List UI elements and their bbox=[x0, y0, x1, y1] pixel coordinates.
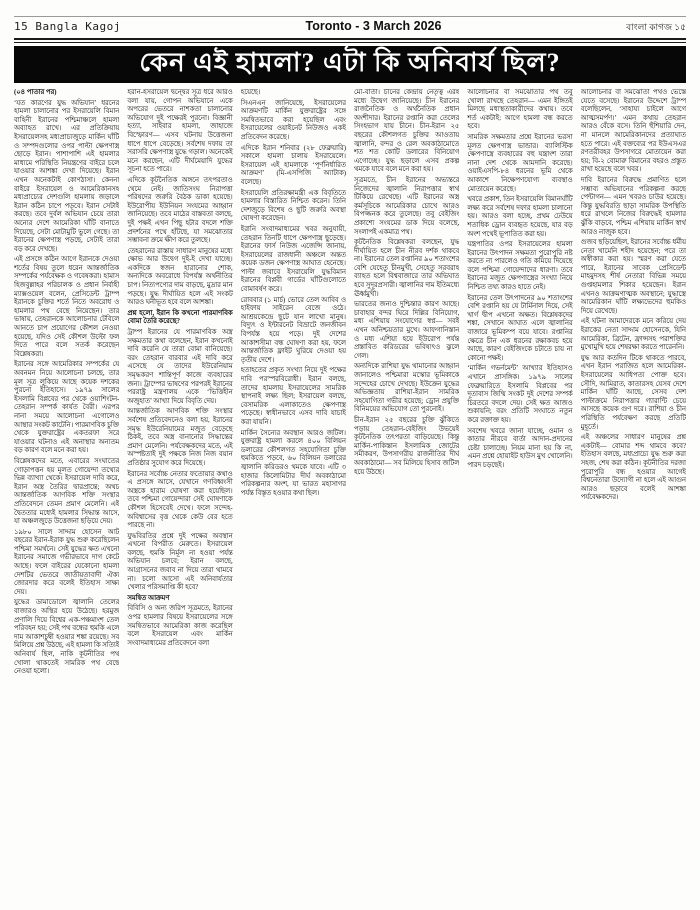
body-paragraph: তেহরানের রাস্তায় সাধারণ মানুষের মধ্যে ক… bbox=[127, 248, 232, 308]
news-column: মৌ-বার্তা। চীনের কেন্দ্রীয় নেতৃত্ব এরই … bbox=[354, 89, 459, 905]
body-paragraph: এই অঞ্চলের সাধারণ মানুষের প্রশ্ন একটাই— … bbox=[581, 434, 686, 503]
body-paragraph: সবশেষ খবরে জানা যাচ্ছে, ওমান ও কাতার নীর… bbox=[467, 428, 572, 471]
news-column: (০৪ পাতার পর)‘যত কারণের যুদ্ধ অভিযান’ ধর… bbox=[14, 89, 119, 905]
body-paragraph: এই প্রসঙ্গে কঠিন আগে ইরানকে দেওয়া শর্তে… bbox=[14, 256, 119, 359]
body-paragraph: হতাহতের প্রকৃত সংখ্যা নিয়ে দুই পক্ষের দ… bbox=[241, 367, 346, 427]
body-paragraph: বিবিসি ও অন্য জরিপ সূত্রমতে, ইরানের ওপর … bbox=[127, 605, 232, 648]
body-paragraph: আলোচনার বা সমঝোতা পথও ভেস্তে যেতে বসেছে।… bbox=[581, 89, 686, 175]
subheading: সমন্বিত আক্রমণ bbox=[127, 595, 232, 604]
body-paragraph: খবরে প্রকাশ, তিন ইসরায়েলি বিমানঘাঁটি লক… bbox=[467, 196, 572, 239]
body-paragraph: চীন-ইরান ২৫ বছরের চুক্তি ঝুঁকিতে পড়ায় … bbox=[354, 417, 459, 477]
body-paragraph: এই ঘটনা আমাদেরকে মনে করিয়ে দেয় ইরাকের … bbox=[581, 318, 686, 352]
body-paragraph: ইরানের তেল উৎপাদনের ৯০ শতাংশের বেশি রপ্ত… bbox=[467, 295, 572, 364]
body-paragraph: অন্যদিকে রাশিয়া যুদ্ধ থামানোর আহ্বান জা… bbox=[354, 363, 459, 415]
body-paragraph: এদিকে কূটনৈতিক অঙ্গনে তৎপরতাও থেমে নেই। … bbox=[127, 177, 232, 246]
body-paragraph: সামরিক সক্ষমতার প্রশ্নে ইরানের ভরসা মূলত… bbox=[467, 134, 572, 194]
headline-text: কেন এই হামলা? এটা কি অনিবার্য ছিল? bbox=[139, 50, 560, 80]
body-paragraph: দাবি ইরানের বিরুদ্ধে প্রমাণিত হলে সম্ভাব… bbox=[581, 177, 686, 237]
body-paragraph: মৌ-বার্তা। চীনের কেন্দ্রীয় নেতৃত্ব এরই … bbox=[354, 89, 459, 175]
folio-left: 15 Bangla Kagoj bbox=[14, 20, 121, 33]
body-paragraph: যন্ত্রপাতির ওপর ইসরায়েলের হামলা ইরানের … bbox=[467, 241, 572, 293]
body-paragraph: ইরানের সর্বোচ্চ নেতার ফতোয়ার কথাও এ প্র… bbox=[127, 471, 232, 531]
body-paragraph: সূত্রমতে, চীন ইরানের অভ্যন্তরে নিজেদের জ… bbox=[354, 177, 459, 237]
top-rule bbox=[14, 16, 686, 17]
page-header: 15 Bangla Kagoj Toronto - 3 March 2026 ব… bbox=[14, 19, 686, 37]
body-paragraph: মার্কিন সৈন্যের অবস্থান আরও জটিল। যুক্তর… bbox=[241, 430, 346, 499]
headline-banner: কেন এই হামলা? এটা কি অনিবার্য ছিল? bbox=[14, 46, 686, 83]
dateline: Toronto - 3 March 2026 bbox=[306, 19, 442, 33]
body-paragraph: সিএনএন জানিয়েছে, ইসরায়েলের আক্রমণটি মা… bbox=[241, 100, 346, 143]
folio-right: বাংলা কাগজ ১৫ bbox=[626, 20, 686, 35]
body-paragraph: ইসরায়েলি প্রতিরক্ষামন্ত্রী এক বিবৃতিতে … bbox=[241, 190, 346, 224]
subheading: প্রশ্ন হলো, ইরান কি কখনো পারমাণবিক বোমা … bbox=[127, 310, 232, 327]
newspaper-page: 15 Bangla Kagoj Toronto - 3 March 2026 ব… bbox=[0, 0, 700, 910]
body-paragraph: গুজব ছড়িয়েছিল, ইরানের সর্বোচ্চ ধর্মীয়… bbox=[581, 239, 686, 316]
news-column: ইরান-ইসরায়েল দ্বন্দ্বের সূত্র ধরে আরও ব… bbox=[127, 89, 232, 905]
news-column: আলোচনার বা সমঝোতার পথ তবু খোলা রাখছে তেহ… bbox=[467, 89, 572, 905]
body-paragraph: ‘যত কারণের যুদ্ধ অভিযান’ ধরনের হামলা চাল… bbox=[14, 100, 119, 255]
body-paragraph: বিশ্লেষকদের মতে, এবারের সংঘাতের গোড়াপত্… bbox=[14, 458, 119, 527]
body-paragraph: যুদ্ধের ডামাডোলে জ্বালানি তেলের বাজারও অ… bbox=[14, 599, 119, 676]
body-paragraph: হয়েছে। bbox=[241, 89, 346, 98]
body-paragraph: রোববার (১ মার্চ) ভোরে তেল আবিব ও হাইফায়… bbox=[241, 297, 346, 366]
body-paragraph: আলোচনার বা সমঝোতার পথ তবু খোলা রাখছে তেহ… bbox=[467, 89, 572, 132]
body-paragraph: ট্রাম্প ইরানের যে পারমাণবিক অস্ত্র সক্ষম… bbox=[127, 329, 232, 406]
body-paragraph: ইরানের সঙ্গে আমেরিকার সম্পর্কের যে অবনমন… bbox=[14, 361, 119, 456]
body-paragraph: আন্তর্জাতিক আণবিক শক্তি সংস্থার সর্বশেষ … bbox=[127, 408, 232, 468]
body-paragraph: যুদ্ধবিরতির প্রশ্নে দুই পক্ষের অবস্থান এ… bbox=[127, 533, 232, 593]
header-divider bbox=[14, 38, 686, 43]
body-paragraph: ১৯৮০ সালে সাদ্দাম হোসেন আট বছরের ইরান-ইর… bbox=[14, 529, 119, 598]
body-paragraph: ‘মার্কিন গভর্নমেন্ট’ আখ্যার ইতিহাসও এখান… bbox=[467, 365, 572, 425]
body-paragraph: ইরান-ইসরায়েল দ্বন্দ্বের সূত্র ধরে আরও ব… bbox=[127, 89, 232, 175]
body-paragraph: কূটনৈতিক বিশ্লেষকরা বলছেন, যুদ্ধ দীর্ঘায… bbox=[354, 239, 459, 299]
body-paragraph: ভারতের জন্যও দুশ্চিন্তার কারণ আছে। চাবাহ… bbox=[354, 301, 459, 361]
news-column: আলোচনার বা সমঝোতা পথও ভেস্তে যেতে বসেছে।… bbox=[581, 89, 686, 905]
columns: (০৪ পাতার পর)‘যত কারণের যুদ্ধ অভিযান’ ধর… bbox=[14, 89, 686, 905]
body-paragraph: এদিকে ইরান শনিবার (২৮ ফেব্রুয়ারি) সকালে… bbox=[241, 145, 346, 188]
news-column: হয়েছে।সিএনএন জানিয়েছে, ইসরায়েলের আক্র… bbox=[241, 89, 346, 905]
body-paragraph: যুদ্ধ আর কতদিন টিকে থাকতে পারবে, এখন ইরা… bbox=[581, 355, 686, 432]
body-paragraph: ইরানি সংবাদমাধ্যমের খবর অনুযায়ী, তেহরান… bbox=[241, 226, 346, 295]
continuation-note: (০৪ পাতার পর) bbox=[14, 89, 119, 98]
